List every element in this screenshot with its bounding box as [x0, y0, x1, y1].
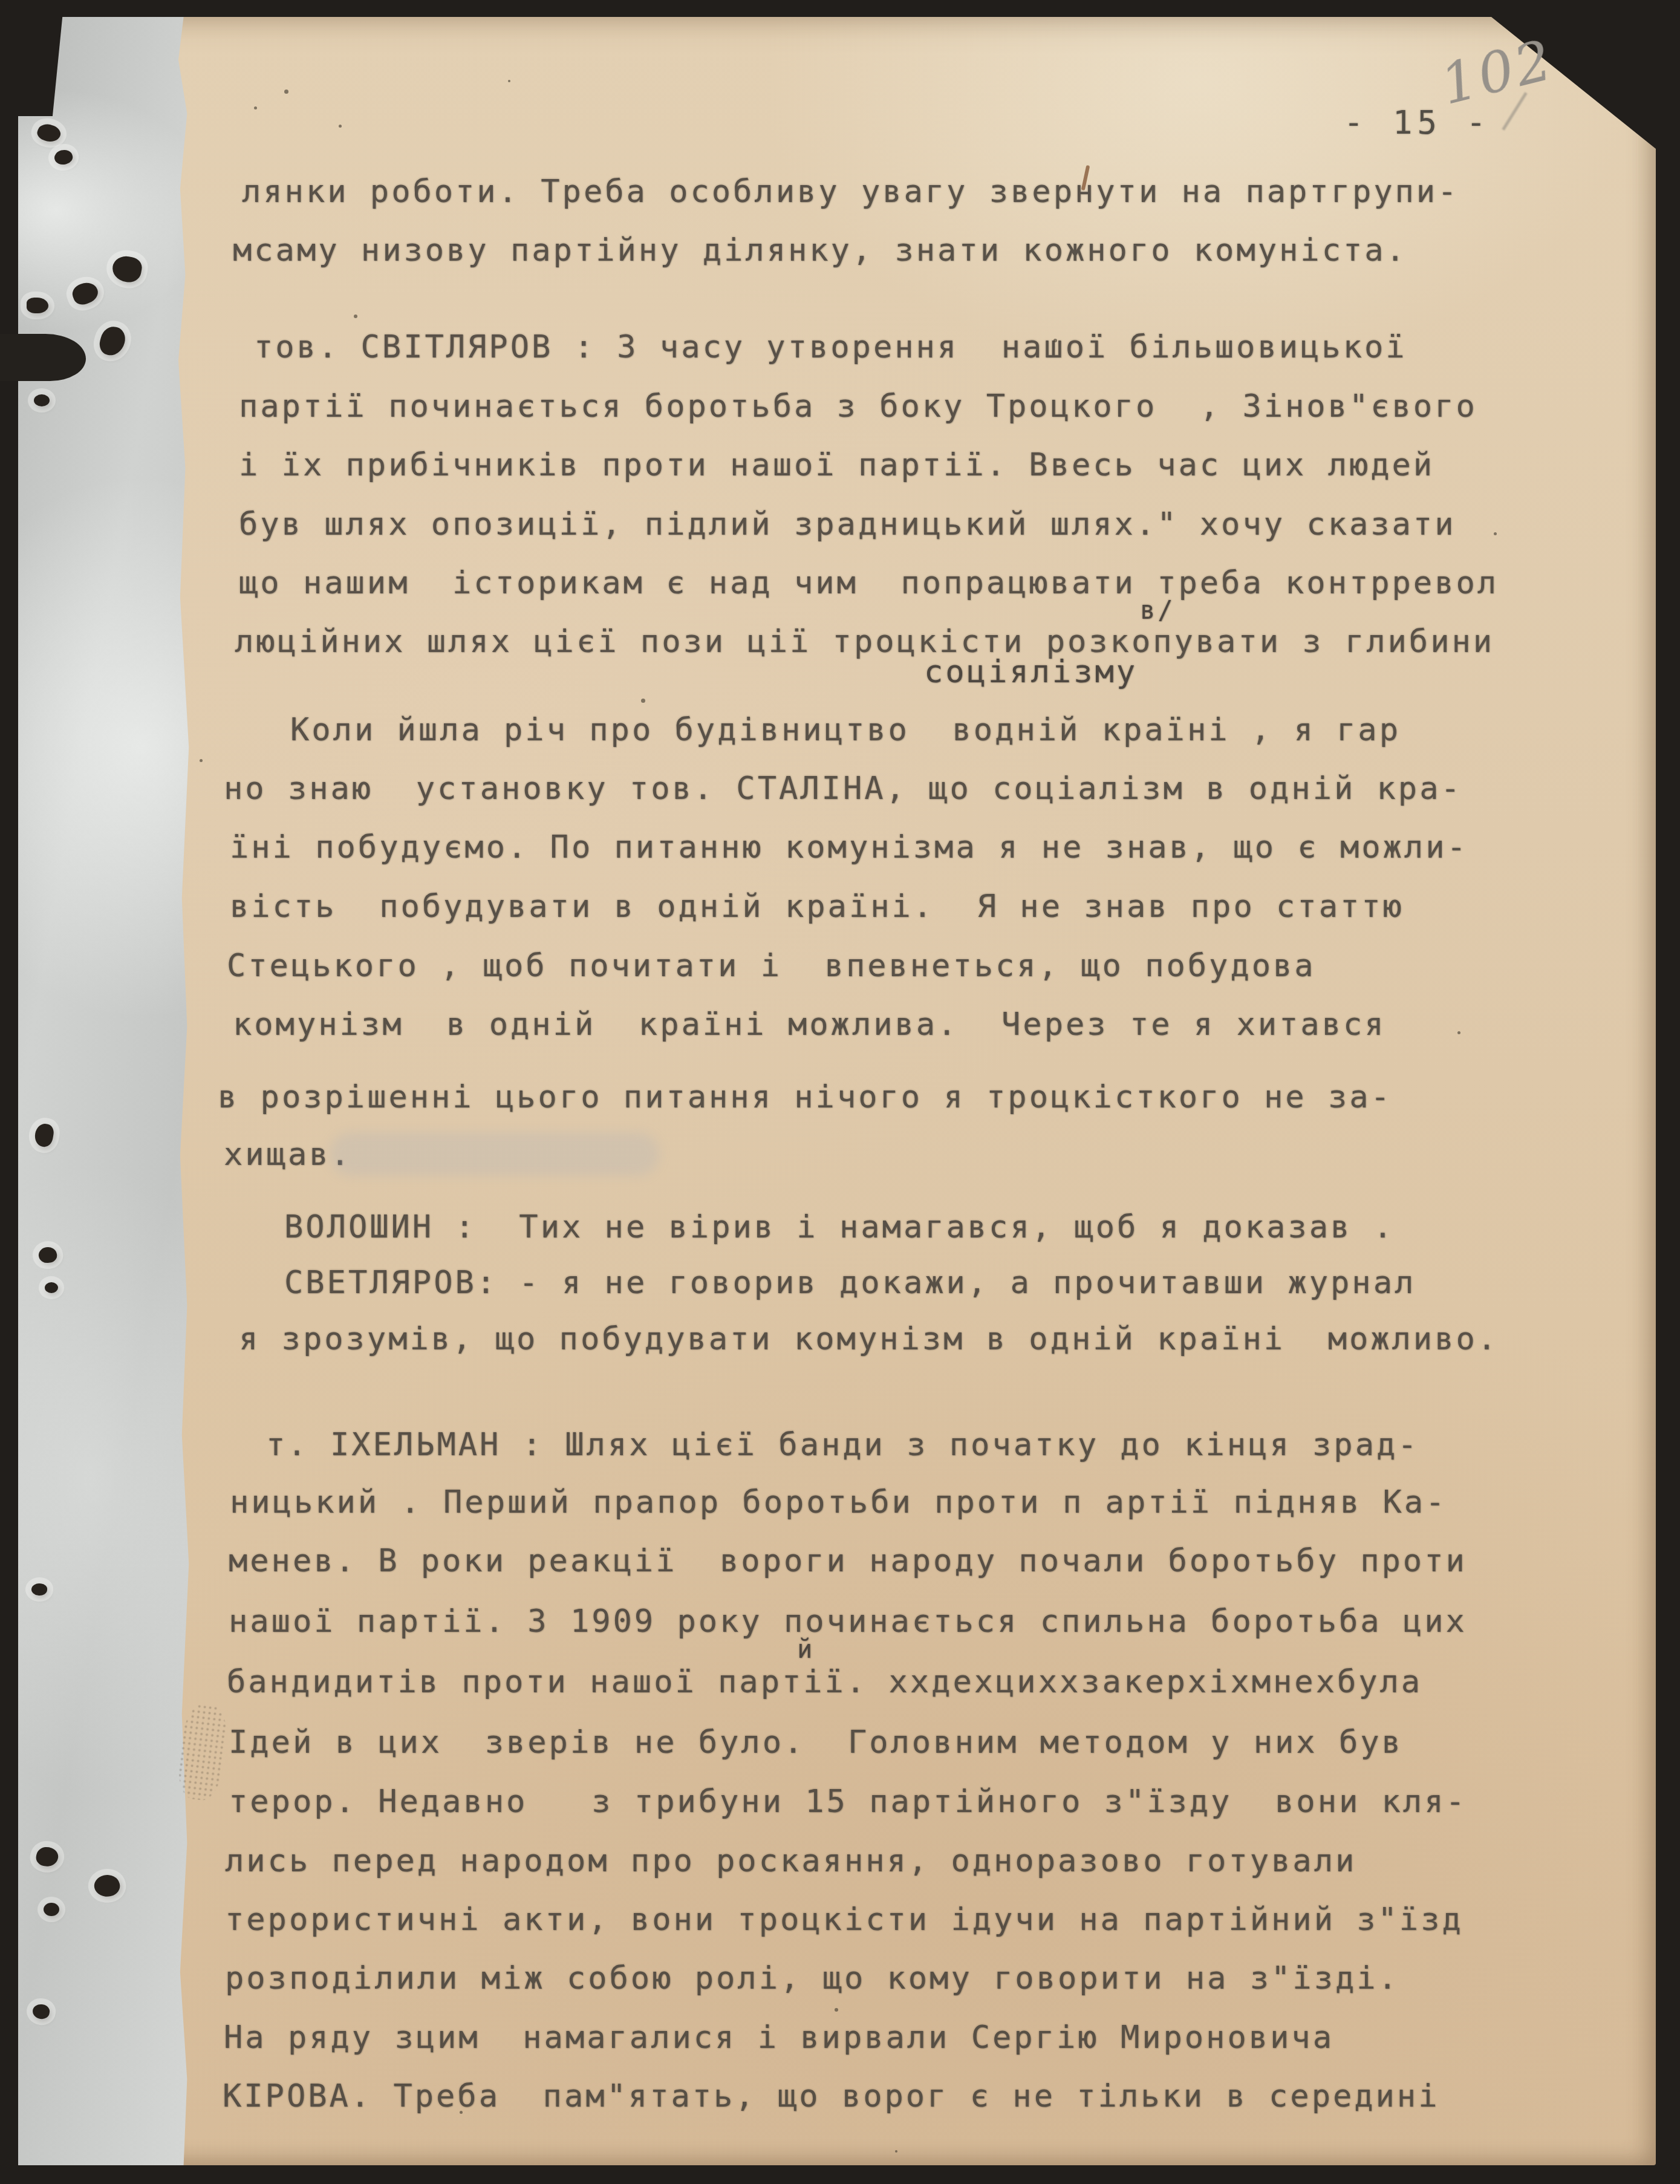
typewritten-line: в розрішенні цього питання нічого я троц… — [218, 1080, 1392, 1116]
typewritten-insertion: й — [797, 1635, 815, 1664]
typewritten-line: На ряду зцим намагалися і вирвали Сергію… — [224, 2020, 1334, 2056]
typewritten-line: терор. Недавно з трибуни 15 партійного з… — [229, 1784, 1467, 1821]
typewritten-line: лянки роботи. Треба особливу увагу зверн… — [242, 174, 1459, 210]
paper-speck — [339, 125, 342, 128]
typewritten-line: і їх прибічників проти нашої партії. Вве… — [239, 448, 1434, 484]
paper-speck — [200, 759, 203, 762]
typewritten-line: тов. СВІТЛЯРОВ : З часу утворення нашої … — [254, 330, 1407, 366]
typewritten-line: менев. В роки реакції вороги народу поча… — [229, 1543, 1467, 1580]
paper-speck — [1457, 1031, 1460, 1034]
typewritten-line: розподілили між собою ролі, що кому гово… — [225, 1961, 1399, 1997]
erased-text-smudge — [330, 1132, 659, 1176]
paper-speck — [575, 1287, 577, 1289]
typewritten-line: лись перед народом про роскаяння, однора… — [225, 1843, 1356, 1880]
typewritten-line: терористичні акти, вони троцкісти ідучи … — [225, 1902, 1463, 1938]
typewritten-line: що нашим історикам є над чим попрацювати… — [239, 566, 1499, 602]
typewritten-line: ницький . Перший прапор боротьби проти п… — [230, 1485, 1447, 1521]
paper-speck — [641, 699, 645, 703]
typewritten-insertion: в/ — [1140, 596, 1176, 625]
typewritten-line: я зрозумів, що побудувати комунізм в одн… — [239, 1322, 1499, 1358]
worm-hole — [45, 1282, 58, 1293]
worm-hole — [44, 1903, 59, 1916]
typewritten-line: партії починається боротьба з боку Троцк… — [239, 389, 1477, 425]
typewritten-line: був шлях опозиції, підлий зрадницький шл… — [239, 507, 1456, 543]
worm-hole — [27, 298, 48, 313]
paper-speck — [895, 2150, 897, 2153]
paper-speck — [1053, 339, 1057, 342]
paper-speck — [254, 106, 257, 109]
paper-speck — [1494, 532, 1497, 535]
typewritten-line: но знаю установку тов. СТАЛІНА, що соціа… — [224, 771, 1462, 807]
typewritten-line: їні побудуємо. По питанню комунізма я не… — [230, 830, 1468, 866]
paper-speck — [460, 2111, 463, 2114]
typewritten-line: Ідей в цих зверів не було. Головним мето… — [229, 1725, 1403, 1761]
typewritten-line: Стецького , щоб почитати і впевнеться, щ… — [227, 948, 1316, 985]
typewritten-line: люційних шлях цієї пози ції троцкісти ро… — [235, 624, 1494, 660]
typewritten-line: ВОЛОШИН : Тих не вірив і намагався, щоб … — [284, 1210, 1395, 1246]
paper-speck — [835, 2008, 838, 2012]
typewritten-line: СВЕТЛЯРОВ: - я не говорив докажи, а проч… — [284, 1265, 1416, 1302]
paper-speck — [354, 315, 357, 318]
typewritten-line: бандидитів проти нашої партії. ххдехцихх… — [227, 1664, 1422, 1701]
worm-hole — [34, 394, 50, 406]
typewritten-line: КІРОВА. Треба пам"ятать, що ворог є не т… — [223, 2079, 1439, 2115]
typewritten-line: Коли йшла річ про будівництво водній кра… — [290, 712, 1401, 749]
paper-speck — [284, 90, 288, 94]
paper-speck — [508, 80, 510, 82]
typewritten-line: нашої партії. З 1909 року починається сп… — [229, 1604, 1467, 1640]
typewritten-line: т. ІХЕЛЬМАН : Шлях цієї банди з початку … — [266, 1427, 1419, 1464]
typewritten-line: вість побудувати в одній країні. Я не зн… — [230, 889, 1404, 925]
typewritten-line: мсаму низову партійну ділянку, знати кож… — [233, 233, 1407, 269]
typewritten-insertion: соціялізму — [924, 654, 1138, 691]
typewritten-text: лянки роботи. Треба особливу увагу зверн… — [0, 0, 1680, 2184]
typewritten-line: комунізм в одній країні можлива. Через т… — [233, 1007, 1386, 1043]
